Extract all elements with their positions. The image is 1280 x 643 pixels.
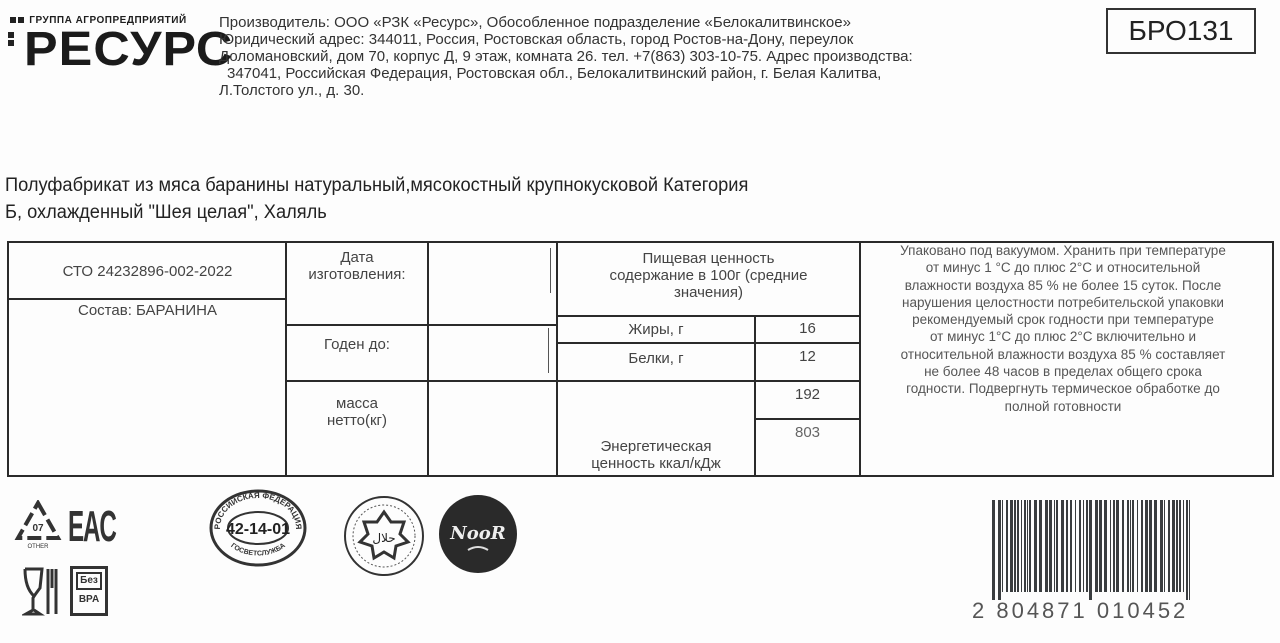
bpa-free-icon: Без BPA (70, 566, 108, 616)
energy-kcal-value: 192 (756, 386, 859, 403)
energy-kj-value: 803 (756, 424, 859, 441)
table-divider (556, 342, 861, 344)
table-divider (285, 324, 558, 326)
table-divider (754, 418, 861, 420)
halal-seal-icon: حلال (342, 494, 426, 578)
table-divider (285, 380, 558, 382)
vet-stamp-icon: РОССИЙСКАЯ ФЕДЕРАЦИЯ 42-14-01 ГОСВЕТСЛУЖ… (208, 488, 308, 568)
expiry-box-stroke (548, 328, 549, 373)
table-border (7, 241, 9, 477)
manufacturer-info: Производитель: ООО «РЗК «Ресурс», Обособ… (219, 14, 1079, 99)
manufacture-date-label: Дата изготовления: (287, 249, 427, 283)
manufacturer-line: Производитель: ООО «РЗК «Ресурс», Обособ… (219, 14, 1079, 31)
composition: Состав: БАРАНИНА (10, 302, 285, 319)
eac-icon: EAC (68, 502, 91, 552)
protein-value: 12 (756, 348, 859, 365)
noor-seal-icon: NooR (438, 494, 518, 574)
svg-text:42-14-01: 42-14-01 (226, 521, 290, 538)
svg-text:OTHER: OTHER (28, 544, 50, 550)
fat-value: 16 (756, 320, 859, 337)
manufacturer-line: Л.Толстого ул., д. 30. (219, 82, 1079, 99)
expiry-label: Годен до: (287, 336, 427, 353)
logo-brand: РЕСУРС (24, 26, 233, 74)
table-divider (427, 241, 429, 477)
svg-text:NooR: NooR (449, 523, 505, 544)
logo-dots-icon (8, 32, 22, 48)
svg-text:07: 07 (32, 523, 44, 534)
recycle-icon: 07 OTHER (14, 500, 62, 550)
barcode (990, 500, 1200, 600)
manufacturer-line: 347041, Российская Федерация, Ростовская… (219, 65, 1079, 82)
manufacturer-line: Доломановский, дом 70, корпус Д, 9 этаж,… (219, 48, 1079, 65)
protein-label: Белки, г (558, 350, 754, 367)
product-title-line: Б, охлажденный "Шея целая", Халяль (5, 199, 965, 226)
product-title: Полуфабрикат из мяса баранины натуральны… (5, 172, 965, 226)
product-title-line: Полуфабрикат из мяса баранины натуральны… (5, 172, 965, 199)
table-border (1272, 241, 1274, 477)
product-code-box: БРО131 (1106, 8, 1256, 54)
energy-label: Энергетическая ценность ккал/кДж (558, 438, 754, 472)
nutrition-header: Пищевая ценность содержание в 100г (сред… (558, 250, 859, 301)
net-mass-label: масса нетто(кг) (287, 395, 427, 429)
barcode-number: 2 804871 010452 (972, 598, 1188, 624)
table-divider (556, 315, 861, 317)
food-safe-icon (22, 566, 62, 618)
table-divider (556, 380, 861, 382)
standard-code: СТО 24232896-002-2022 (10, 263, 285, 280)
svg-text:حلال: حلال (372, 531, 395, 545)
storage-conditions: Упаковано под вакуумом. Хранить при темп… (858, 242, 1268, 415)
fat-label: Жиры, г (558, 321, 754, 338)
table-border (7, 475, 1273, 477)
date-box-stroke (550, 248, 551, 293)
table-divider (7, 298, 287, 300)
manufacturer-line: Юридический адрес: 344011, Россия, Росто… (219, 31, 1079, 48)
